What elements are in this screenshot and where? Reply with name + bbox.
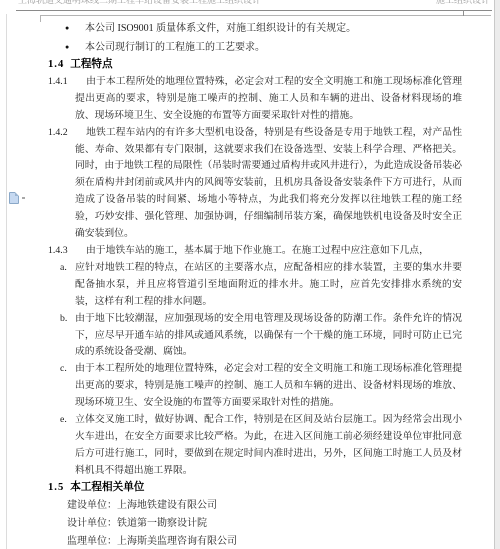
section-number: 1.4	[48, 57, 64, 74]
list-item-text: 由于本工程所处的地理位置特殊，必定会对工程的安全文明施工和施工现场标准化管理提出…	[75, 363, 462, 408]
list-item-a: a.应针对地铁工程的特点，在站区的主要落水点，应配备相应的排水装置，主要的集水井…	[75, 260, 462, 311]
list-item-text: 立体交叉施工时，做好协调、配合工作，特别是在区间及站台层施工。因为经常会出现小火…	[75, 414, 462, 476]
unit-line-design: 设计单位：铁道第一勘察设计院	[67, 515, 494, 533]
section-title: 工程特点	[70, 59, 112, 70]
list-item-letter: c.	[60, 361, 75, 378]
paragraph-1-4-3: 1.4.3由于地铁车站的施工，基本属于地下作业施工。在施工过程中应注意如下几点，	[75, 243, 462, 260]
paragraph-number: 1.4.1	[48, 74, 86, 91]
list-item-letter: a.	[60, 260, 75, 277]
document-body: ●本公司 ISO9001 质量体系文件，对施工组织设计的有关规定。 ●本公司现行…	[0, 0, 494, 549]
bullet-item: ●本公司现行制订的工程施工的工艺要求。	[85, 38, 460, 57]
list-item-c: c.由于本工程所处的地理位置特殊，必定会对工程的安全文明施工和施工现场标准化管理…	[75, 361, 462, 412]
bullet-icon: ●	[65, 19, 85, 37]
scrollbar[interactable]	[494, 0, 500, 549]
list-item-text: 由于地下比较潮湿，应加强现场的安全用电管理及现场设备的防潮工作。条件允许的情况下…	[75, 313, 462, 358]
unit-line-construction: 建设单位：上海地铁建设有限公司	[67, 497, 494, 515]
unit-line-supervision: 监理单位：上海斯美监理咨询有限公司	[67, 533, 494, 549]
bullet-text: 本公司 ISO9001 质量体系文件，对施工组织设计的有关规定。	[85, 23, 356, 34]
paragraph-text: 由于地铁车站的施工，基本属于地下作业施工。在施工过程中应注意如下几点，	[86, 245, 429, 256]
section-heading-1-5: 1.5本工程相关单位	[48, 480, 494, 497]
section-title: 本工程相关单位	[70, 482, 144, 493]
paragraph-1-4-2: 1.4.2地铁工程车站内的有许多大型机电设备，特别是有些设备是专用于地铁工程，对…	[75, 125, 462, 243]
paragraph-text: 由于本工程所处的地理位置特殊，必定会对工程的安全文明施工和施工现场标准化管理提出…	[75, 76, 462, 121]
paragraph-number: 1.4.3	[48, 243, 86, 260]
bullet-icon: ●	[65, 38, 85, 56]
paragraph-text: 地铁工程车站内的有许多大型机电设备，特别是有些设备是专用于地铁工程，对产品性能、…	[75, 127, 462, 239]
list-item-b: b.由于地下比较潮湿，应加强现场的安全用电管理及现场设备的防潮工作。条件允许的情…	[75, 311, 462, 362]
list-item-e: e.立体交叉施工时，做好协调、配合工作，特别是在区间及站台层施工。因为经常会出现…	[75, 412, 462, 480]
section-number: 1.5	[48, 480, 64, 497]
bullet-item: ●本公司 ISO9001 质量体系文件，对施工组织设计的有关规定。	[85, 19, 460, 38]
paragraph-number: 1.4.2	[48, 125, 86, 142]
paragraph-1-4-1: 1.4.1由于本工程所处的地理位置特殊，必定会对工程的安全文明施工和施工现场标准…	[75, 74, 462, 125]
list-item-text: 应针对地铁工程的特点，在站区的主要落水点，应配备相应的排水装置，主要的集水井要配…	[75, 262, 462, 307]
list-item-letter: b.	[60, 311, 75, 328]
list-item-letter: e.	[60, 412, 75, 429]
section-heading-1-4: 1.4工程特点	[48, 57, 494, 74]
bullet-text: 本公司现行制订的工程施工的工艺要求。	[85, 42, 265, 53]
